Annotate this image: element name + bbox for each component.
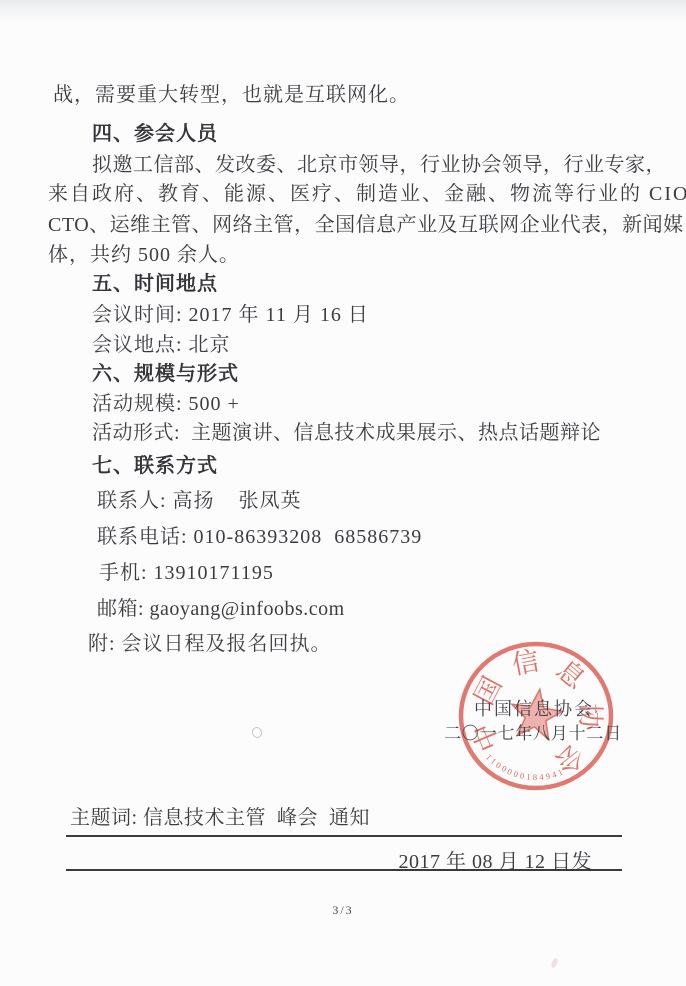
event-scale-line: 活动规模: 500 + xyxy=(92,392,240,416)
body-line: 体，共约 500 余人。 xyxy=(48,243,240,267)
scan-artifact xyxy=(250,726,263,740)
scan-artifact xyxy=(550,957,559,968)
section-heading-7: 七、联系方式 xyxy=(92,454,218,478)
attachment-line: 附: 会议日程及报名回执。 xyxy=(88,632,332,656)
body-line: 来自政府、教育、能源、医疗、制造业、金融、物流等行业的 CIO、 xyxy=(48,182,686,206)
scanned-page: 战，需要重大转型，也就是互联网化。 四、参会人员 拟邀工信部、发改委、北京市领导… xyxy=(0,0,686,986)
signature-org: 中国信息协会 xyxy=(474,697,594,721)
footer-rule-bottom xyxy=(66,869,622,871)
section-heading-6: 六、规模与形式 xyxy=(92,362,239,386)
signature-date: 二〇一七年八月十二日 xyxy=(444,722,622,746)
meeting-time-line: 会议时间: 2017 年 11 月 16 日 xyxy=(92,303,369,327)
contact-person-line: 联系人: 高扬 张凤英 xyxy=(97,489,302,513)
event-format-line: 活动形式: 主题演讲、信息技术成果展示、热点话题辩论 xyxy=(92,421,601,445)
meeting-place-line: 会议地点: 北京 xyxy=(92,333,231,357)
scan-edge-shading xyxy=(0,0,686,24)
body-line: CTO、运维主管、网络主管，全国信息产业及互联网企业代表，新闻媒 xyxy=(48,213,684,237)
page-number: 3/3 xyxy=(0,903,686,918)
body-line: 拟邀工信部、发改委、北京市领导，行业协会领导，行业专家， xyxy=(92,153,666,177)
subject-keywords-line: 主题词: 信息技术主管 峰会 通知 xyxy=(70,806,370,830)
footer-rule-top xyxy=(66,835,622,837)
contact-email-line: 邮箱: gaoyang@infoobs.com xyxy=(97,597,345,621)
section-heading-4: 四、参会人员 xyxy=(92,122,218,146)
section-heading-5: 五、时间地点 xyxy=(92,272,218,296)
seal-char: 信 xyxy=(510,646,542,681)
contact-phone-line: 联系电话: 010-86393208 68586739 xyxy=(97,525,422,549)
body-line: 战，需要重大转型，也就是互联网化。 xyxy=(53,83,410,107)
contact-mobile-line: 手机: 13910171195 xyxy=(99,561,274,585)
